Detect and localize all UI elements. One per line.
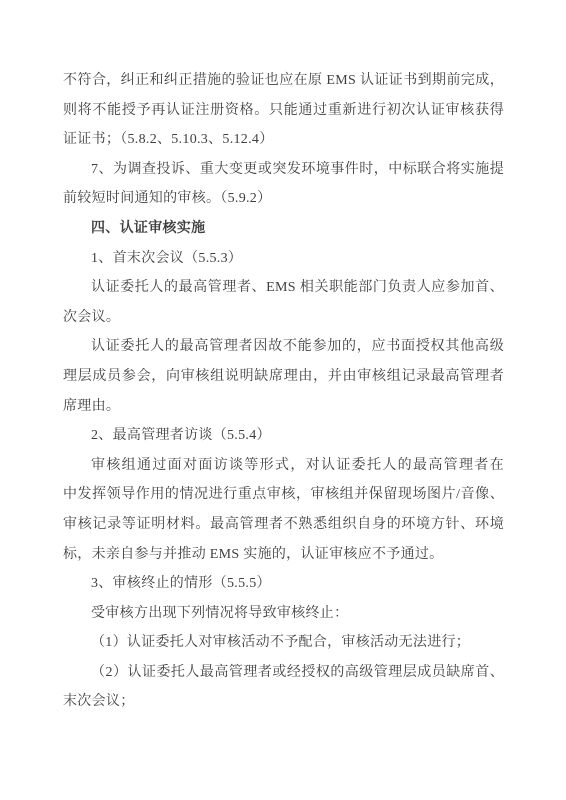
- text-line: 受审核方出现下列情况将导致审核终止：: [63, 599, 504, 629]
- text-line: 1、首末次会议（5.5.3）: [63, 244, 504, 274]
- text-line: 则将不能授予再认证注册资格。只能通过重新进行初次认证审核获得认: [63, 96, 504, 126]
- text-line: 席理由。: [63, 392, 504, 422]
- text-line: （2）认证委托人最高管理者或经授权的高级管理层成员缺席首、: [63, 658, 504, 688]
- text-line: 次会议。: [63, 303, 504, 333]
- text-line: 3、审核终止的情形（5.5.5）: [63, 569, 504, 599]
- text-line: 标，未亲自参与并推动 EMS 实施的，认证审核应不予通过。: [63, 540, 504, 570]
- document-page: 不符合，纠正和纠正措施的验证也应在原 EMS 认证证书到期前完成，否则将不能授予…: [0, 0, 566, 800]
- text-line: 认证委托人的最高管理者因故不能参加的，应书面授权其他高级管: [63, 332, 504, 362]
- text-line: 2、最高管理者访谈（5.5.4）: [63, 421, 504, 451]
- text-line: （1）认证委托人对审核活动不予配合，审核活动无法进行；: [63, 628, 504, 658]
- section-heading: 四、认证审核实施: [63, 214, 504, 244]
- text-line: 前较短时间通知的审核。（5.9.2）: [63, 184, 504, 214]
- text-line: 证证书；（5.8.2、5.10.3、5.12.4）: [63, 125, 504, 155]
- document-text-block: 不符合，纠正和纠正措施的验证也应在原 EMS 认证证书到期前完成，否则将不能授予…: [63, 66, 504, 717]
- text-line: 不符合，纠正和纠正措施的验证也应在原 EMS 认证证书到期前完成，否: [63, 66, 504, 96]
- text-line: 理层成员参会，向审核组说明缺席理由，并由审核组记录最高管理者缺: [63, 362, 504, 392]
- text-line: 审核记录等证明材料。最高管理者不熟悉组织自身的环境方针、环境目: [63, 510, 504, 540]
- text-line: 末次会议；: [63, 687, 504, 717]
- text-line: 7、为调查投诉、重大变更或突发环境事件时，中标联合将实施提: [63, 155, 504, 185]
- text-line: 审核组通过面对面访谈等形式，对认证委托人的最高管理者在 EMS: [63, 451, 504, 481]
- text-line: 认证委托人的最高管理者、EMS 相关职能部门负责人应参加首、末: [63, 273, 504, 303]
- text-line: 中发挥领导作用的情况进行重点审核，审核组并保留现场图片/音像、: [63, 480, 504, 510]
